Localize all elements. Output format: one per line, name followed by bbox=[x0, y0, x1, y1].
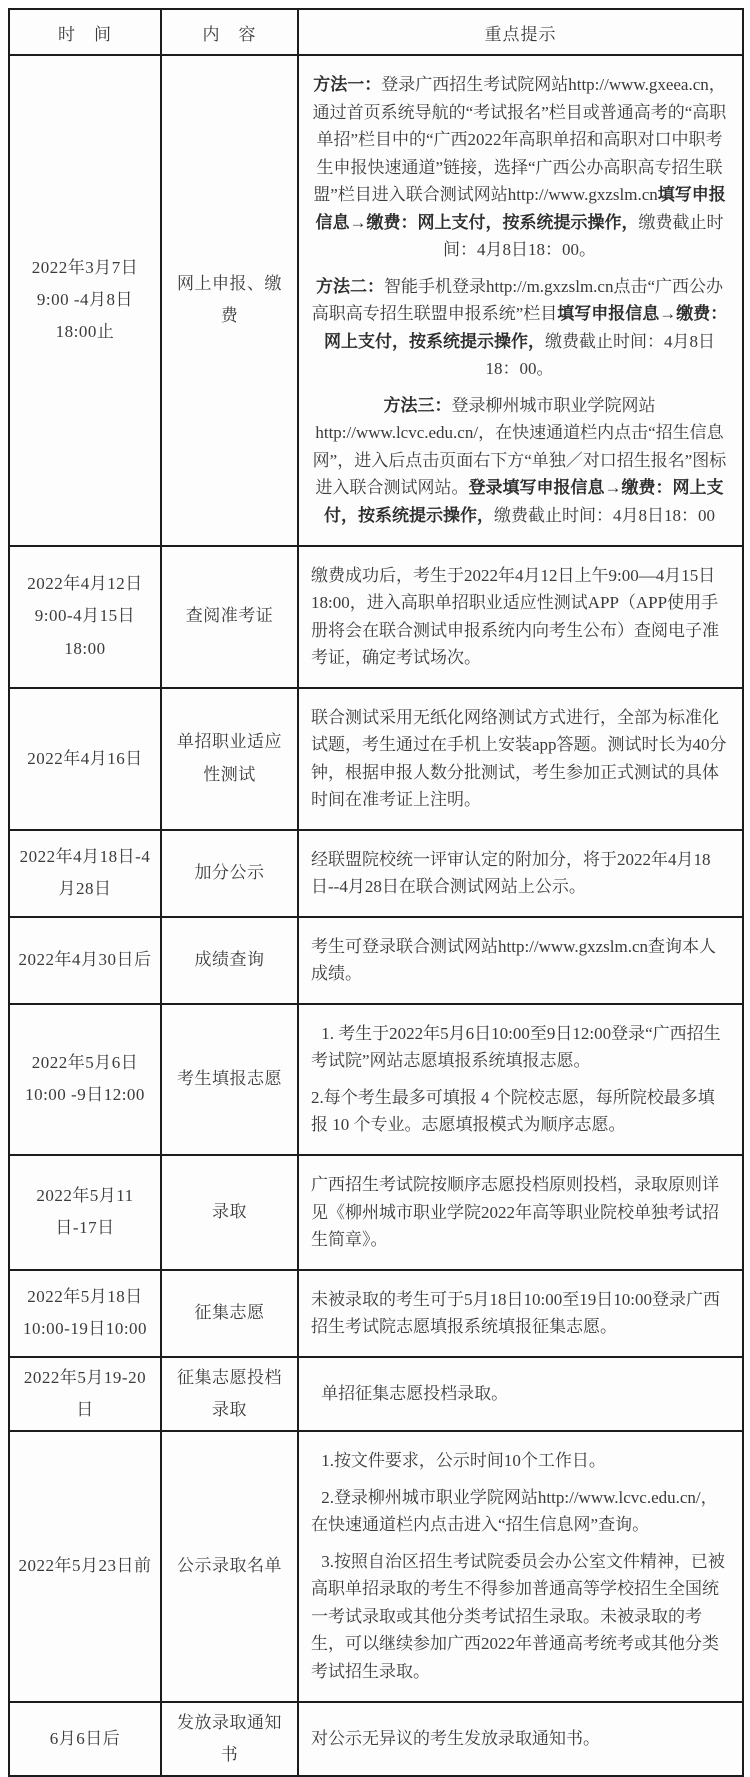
time-cell: 2022年4月12日9:00-4月15日18:00 bbox=[9, 546, 161, 688]
content-cell: 加分公示 bbox=[161, 830, 298, 917]
content-cell: 网上申报、缴费 bbox=[161, 55, 298, 546]
schedule-table: 时 间 内 容 重点提示 2022年3月7日9:00 -4月8日18:00止 网… bbox=[8, 8, 744, 1777]
time-cell: 2022年5月18日10:00-19日10:00 bbox=[9, 1270, 161, 1357]
tips-cell: 1. 考生于2022年5月6日10:00至9日12:00登录“广西招生考试院”网… bbox=[298, 1004, 743, 1155]
content-cell: 录取 bbox=[161, 1155, 298, 1270]
tips-cell: 对公示无异议的考生发放录取通知书。 bbox=[298, 1702, 743, 1777]
tips-cell: 考生可登录联合测试网站http://www.gxzslm.cn查询本人成绩。 bbox=[298, 917, 743, 1004]
content-cell: 征集志愿投档录取 bbox=[161, 1357, 298, 1432]
header-row: 时 间 内 容 重点提示 bbox=[9, 9, 743, 55]
content-cell: 征集志愿 bbox=[161, 1270, 298, 1357]
table-row-admission: 2022年5月11日-17日 录取 广西招生考试院按顺序志愿投档原则投档，录取原… bbox=[9, 1155, 743, 1270]
table-row-score-query: 2022年4月30日后 成绩查询 考生可登录联合测试网站http://www.g… bbox=[9, 917, 743, 1004]
schedule-document: 时 间 内 容 重点提示 2022年3月7日9:00 -4月8日18:00止 网… bbox=[8, 8, 742, 1777]
time-cell: 2022年5月19-20日 bbox=[9, 1357, 161, 1432]
content-cell: 公示录取名单 bbox=[161, 1431, 298, 1701]
tips-cell: 方法一：登录广西招生考试院网站http://www.gxeea.cn，通过首页系… bbox=[298, 55, 743, 546]
content-cell: 发放录取通知书 bbox=[161, 1702, 298, 1777]
tips-cell: 缴费成功后，考生于2022年4月12日上午9:00—4月15日18:00，进入高… bbox=[298, 546, 743, 688]
table-row-fill-preferences: 2022年5月6日10:00 -9日12:00 考生填报志愿 1. 考生于202… bbox=[9, 1004, 743, 1155]
tips-cell: 单招征集志愿投档录取。 bbox=[298, 1357, 743, 1432]
time-cell: 2022年3月7日9:00 -4月8日18:00止 bbox=[9, 55, 161, 546]
table-row-publish-admission-list: 2022年5月23日前 公示录取名单 1.按文件要求，公示时间10个工作日。2.… bbox=[9, 1431, 743, 1701]
header-time: 时 间 bbox=[9, 9, 161, 55]
content-cell: 考生填报志愿 bbox=[161, 1004, 298, 1155]
time-cell: 2022年5月11日-17日 bbox=[9, 1155, 161, 1270]
header-content: 内 容 bbox=[161, 9, 298, 55]
header-tips: 重点提示 bbox=[298, 9, 743, 55]
tips-cell: 未被录取的考生可于5月18日10:00至19日10:00登录广西招生考试院志愿填… bbox=[298, 1270, 743, 1357]
tips-cell: 1.按文件要求，公示时间10个工作日。2.登录柳州城市职业学院网站http://… bbox=[298, 1431, 743, 1701]
table-row-send-admission-letter: 6月6日后 发放录取通知书 对公示无异议的考生发放录取通知书。 bbox=[9, 1702, 743, 1777]
content-cell: 单招职业适应性测试 bbox=[161, 688, 298, 830]
table-row-bonus-points: 2022年4月18日-4月28日 加分公示 经联盟院校统一评审认定的附加分，将于… bbox=[9, 830, 743, 917]
tips-cell: 广西招生考试院按顺序志愿投档原则投档，录取原则详见《柳州城市职业学院2022年高… bbox=[298, 1155, 743, 1270]
time-cell: 6月6日后 bbox=[9, 1702, 161, 1777]
table-row-aptitude-test: 2022年4月16日 单招职业适应性测试 联合测试采用无纸化网络测试方式进行，全… bbox=[9, 688, 743, 830]
content-cell: 查阅准考证 bbox=[161, 546, 298, 688]
content-cell: 成绩查询 bbox=[161, 917, 298, 1004]
time-cell: 2022年4月16日 bbox=[9, 688, 161, 830]
time-cell: 2022年4月18日-4月28日 bbox=[9, 830, 161, 917]
table-row-online-application: 2022年3月7日9:00 -4月8日18:00止 网上申报、缴费 方法一：登录… bbox=[9, 55, 743, 546]
time-cell: 2022年5月23日前 bbox=[9, 1431, 161, 1701]
table-row-supplementary-preferences: 2022年5月18日10:00-19日10:00 征集志愿 未被录取的考生可于5… bbox=[9, 1270, 743, 1357]
table-row-supplementary-admission: 2022年5月19-20日 征集志愿投档录取 单招征集志愿投档录取。 bbox=[9, 1357, 743, 1432]
tips-cell: 联合测试采用无纸化网络测试方式进行，全部为标准化试题，考生通过在手机上安装app… bbox=[298, 688, 743, 830]
time-cell: 2022年4月30日后 bbox=[9, 917, 161, 1004]
tips-cell: 经联盟院校统一评审认定的附加分，将于2022年4月18日--4月28日在联合测试… bbox=[298, 830, 743, 917]
table-row-admission-ticket: 2022年4月12日9:00-4月15日18:00 查阅准考证 缴费成功后，考生… bbox=[9, 546, 743, 688]
time-cell: 2022年5月6日10:00 -9日12:00 bbox=[9, 1004, 161, 1155]
